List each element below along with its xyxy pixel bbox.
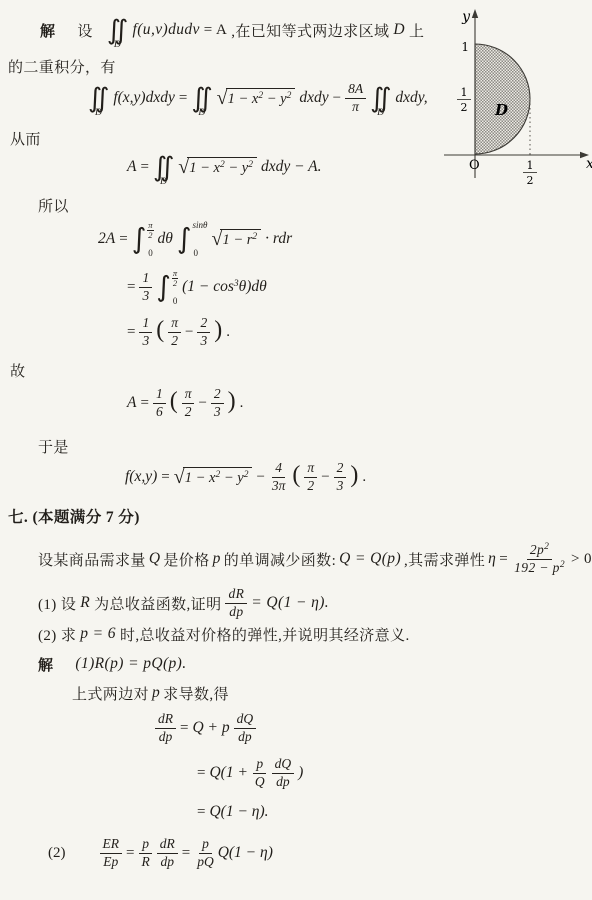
y-tick-half: 1 2 [457,86,471,114]
svg-text:1: 1 [461,86,468,99]
fraction-dQ-dp: dQ dp [272,756,295,789]
fraction-dR-dp: dR dp [225,586,247,619]
region-d-label: D [494,101,508,119]
equation-3-line2: = 1 3 ∫ π2 0 (1 − cos3θ)dθ [127,264,267,310]
problem7-item1: (1) 设 R 为总收益函数,证明 dR dp = Q(1 − η). [38,584,329,622]
connective-suoyi: 所以 [38,195,69,216]
connective-yushi: 于是 [38,436,69,457]
radical: √ 1 − x2 − y2 [178,157,257,177]
equation-6-line1: dR dp = Q + p dQ dp [155,708,256,748]
fraction-elasticity: 2p2 192 − p2 [511,542,568,575]
fraction-p-R: p R [138,836,152,869]
origin-label: O [469,158,480,173]
connective-congER: 从而 [10,128,41,149]
axis-label-y: y [461,9,471,25]
document-page: y x O 1 1 2 1 2 D 解 设 ∬ D f(u,v)dudv = A… [0,0,592,900]
integral: ∫ π2 0 [156,268,178,307]
integral: ∫ π2 0 [132,220,154,259]
y-tick-1: 1 [461,40,469,54]
solution-intro-line2: 的二重积分，有 [8,56,116,77]
fraction-2-3: 2 3 [334,460,347,493]
equation-4: A = 1 6 ( π 2 − 2 3 ) . [127,383,243,423]
equation-1: ∬ D f(x,y)dxdy = ∬ D √ 1 − x2 − y2 dxdy … [88,78,428,118]
svg-text:1: 1 [527,159,534,172]
y-axis-arrow-icon [472,9,478,18]
fraction-pi-2: π 2 [304,460,317,493]
double-integral: ∬ D [88,85,109,112]
fraction-4-3pi: 4 3π [269,460,289,493]
x-tick-half: 1 2 [523,159,537,187]
problem7-item2: (2) 求 p = 6 时,总收益对价格的弹性,并说明其经济意义. [38,622,410,646]
fraction-pi-2: π 2 [168,315,181,348]
figure-region-d: y x O 1 1 2 1 2 D [440,2,592,194]
double-integral: ∬ D [153,154,174,181]
equation-6-line3: = Q(1 − η). [197,798,269,826]
equation-6-line2: = Q(1 + p Q dQ dp ) [197,753,303,793]
equation-5: f(x,y) = √ 1 − x2 − y2 − 4 3π ( π 2 − 2 … [125,456,366,498]
let-word: 设 [77,20,92,41]
problem7-derive-line: 上式两边对 p 求导数,得 [72,682,229,704]
svg-text:2: 2 [461,101,468,114]
fraction-8a-pi: 8A π [345,81,366,114]
connective-gu: 故 [10,360,25,381]
fraction-2-3: 2 3 [197,315,210,348]
double-integral: ∬ D [370,85,391,112]
fraction-1-3: 1 3 [139,315,152,348]
fraction-dQ-dp: dQ dp [234,711,257,744]
solve-marker: 解 [40,20,55,41]
double-integral: ∬ D [107,17,129,44]
problem7-solution-line: 解 (1)R(p) = pQ(p). [38,652,187,676]
fraction-p-Q: p Q [252,756,268,789]
problem7-statement: 设某商品需求量 Q 是价格 p 的单调减少函数: Q = Q(p) ,其需求弹性… [38,538,592,580]
fraction-pi-2: π 2 [182,386,195,419]
equation-3-line3: = 1 3 ( π 2 − 2 3 ) . [127,312,230,352]
fraction-p-pQ: p pQ [194,836,217,869]
radical: √ 1 − x2 − y2 [174,467,253,487]
integral: ∫ sinθ 0 [177,220,208,259]
solution-intro-line1: 解 设 ∬ D f(u,v)dudv = A ,在已知等式两边求区域 D 上 [40,12,424,48]
solve-marker: 解 [38,654,53,675]
region-d-shape [475,44,530,154]
double-integral: ∬ D [191,85,212,112]
radical: √ 1 − r2 [211,229,261,249]
svg-text:2: 2 [527,174,534,187]
fraction-1-6: 1 6 [153,386,166,419]
fraction-2-3: 2 3 [211,386,224,419]
equation-7: (2) ER Ep = p R dR dp = p pQ Q(1 − η) [48,832,273,874]
fraction-dR-dp: dR dp [157,836,178,869]
fraction-ER-Ep: ER Ep [100,836,123,869]
problem7-heading: 七. (本题满分 7 分) [8,505,140,527]
fraction-1-3: 1 3 [139,270,152,303]
fraction-dR-dp: dR dp [155,711,176,744]
equation-2: A = ∬ D √ 1 − x2 − y2 dxdy − A. [127,146,322,188]
radical: √ 1 − x2 − y2 [217,88,296,108]
equation-3-line1: 2A = ∫ π2 0 dθ ∫ sinθ 0 √ 1 − r2 · rdr [98,216,292,262]
axis-label-x: x [586,156,592,172]
